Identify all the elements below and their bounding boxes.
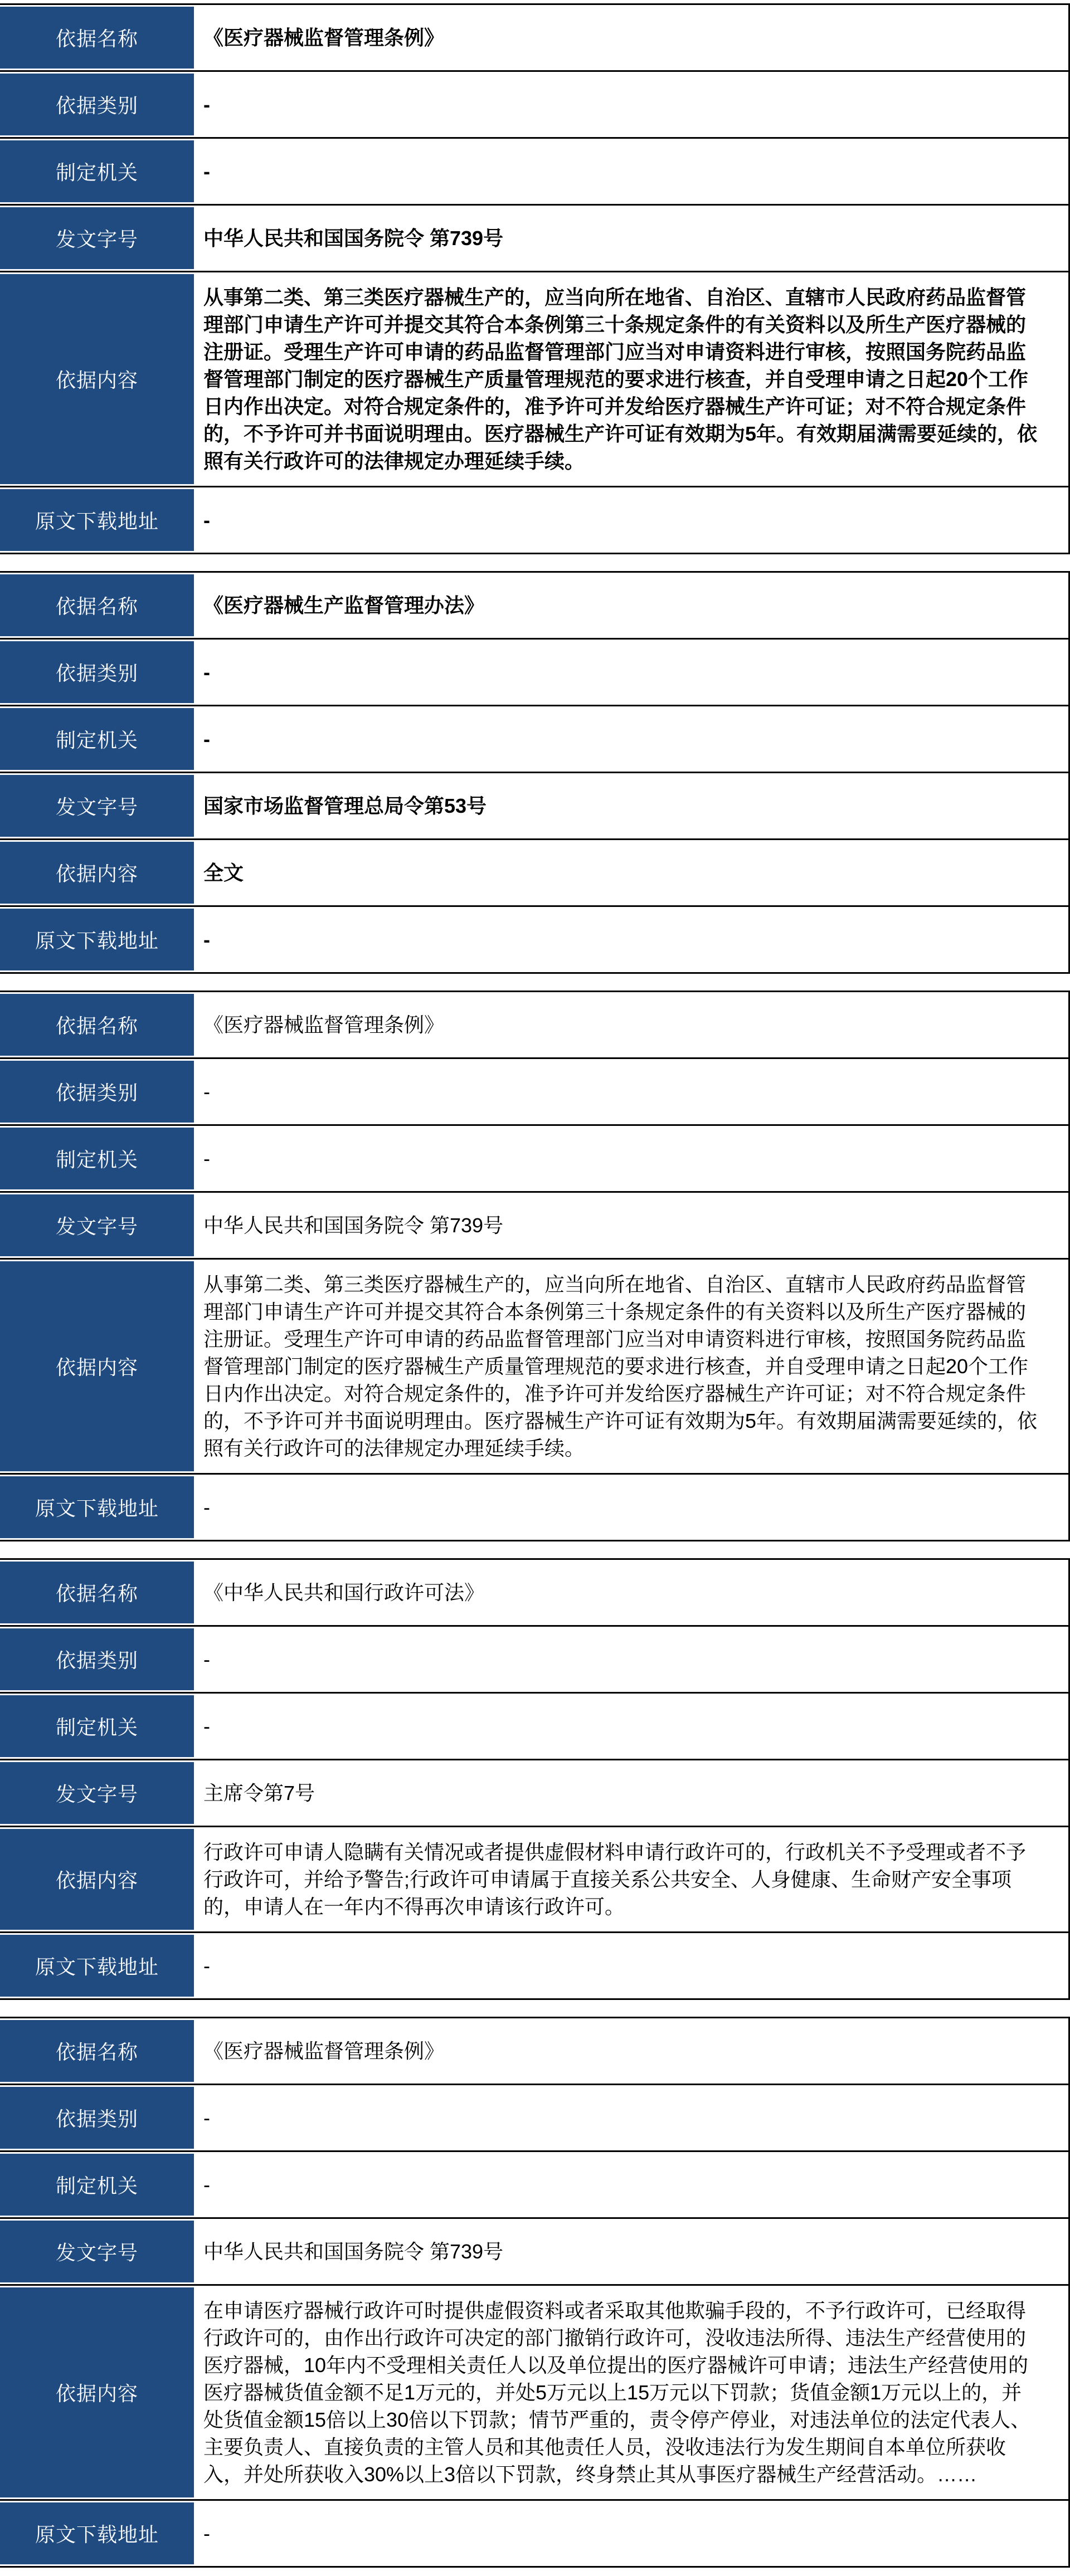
label-cell-basis-content: 依据内容 bbox=[0, 840, 194, 905]
table-row: 依据内容 从事第二类、第三类医疗器械生产的，应当向所在地省、自治区、直辖市人民政… bbox=[0, 1260, 1068, 1475]
table-row: 制定机关 - bbox=[0, 706, 1068, 773]
label-cell-basis-content: 依据内容 bbox=[0, 272, 194, 486]
value-cell-basis-category: - bbox=[194, 1059, 1068, 1124]
value-cell-download-url: - bbox=[194, 1933, 1068, 1998]
table-row: 制定机关 - bbox=[0, 2152, 1068, 2219]
label-cell-issuing-agency: 制定机关 bbox=[0, 139, 194, 204]
value-cell-issuing-agency: - bbox=[194, 139, 1068, 204]
label-cell-basis-name: 依据名称 bbox=[0, 1560, 194, 1625]
label-cell-basis-category: 依据类别 bbox=[0, 72, 194, 137]
value-cell-download-url: - bbox=[194, 907, 1068, 972]
value-cell-basis-name: 《医疗器械监督管理条例》 bbox=[194, 2018, 1068, 2084]
table-row: 依据名称 《中华人民共和国行政许可法》 bbox=[0, 1560, 1068, 1627]
value-cell-basis-name: 《医疗器械监督管理条例》 bbox=[194, 992, 1068, 1057]
value-cell-basis-name: 《医疗器械监督管理条例》 bbox=[194, 5, 1068, 70]
label-cell-download-url: 原文下载地址 bbox=[0, 907, 194, 972]
table-row: 发文字号 中华人民共和国国务院令 第739号 bbox=[0, 206, 1068, 272]
label-cell-issuing-agency: 制定机关 bbox=[0, 1694, 194, 1759]
table-row: 原文下载地址 - bbox=[0, 907, 1068, 972]
label-cell-doc-number: 发文字号 bbox=[0, 773, 194, 838]
label-cell-download-url: 原文下载地址 bbox=[0, 1933, 194, 1998]
value-cell-basis-content: 在申请医疗器械行政许可时提供虚假资料或者采取其他欺骗手段的，不予行政许可，已经取… bbox=[194, 2286, 1068, 2499]
legal-basis-table-1: 依据名称 《医疗器械监督管理条例》 依据类别 - 制定机关 - 发文字号 中华人… bbox=[0, 3, 1070, 554]
value-cell-issuing-agency: - bbox=[194, 1126, 1068, 1191]
label-cell-basis-category: 依据类别 bbox=[0, 640, 194, 705]
label-cell-basis-content: 依据内容 bbox=[0, 1260, 194, 1473]
label-cell-doc-number: 发文字号 bbox=[0, 1193, 194, 1258]
value-cell-doc-number: 中华人民共和国国务院令 第739号 bbox=[194, 2219, 1068, 2284]
value-cell-issuing-agency: - bbox=[194, 2152, 1068, 2217]
value-cell-basis-category: - bbox=[194, 640, 1068, 705]
table-row: 依据名称 《医疗器械监督管理条例》 bbox=[0, 992, 1068, 1059]
label-cell-issuing-agency: 制定机关 bbox=[0, 1126, 194, 1191]
label-cell-download-url: 原文下载地址 bbox=[0, 487, 194, 553]
table-row: 依据类别 - bbox=[0, 640, 1068, 706]
table-row: 依据类别 - bbox=[0, 72, 1068, 139]
table-row: 发文字号 国家市场监督管理总局令第53号 bbox=[0, 773, 1068, 840]
table-row: 依据名称 《医疗器械生产监督管理办法》 bbox=[0, 573, 1068, 640]
label-cell-doc-number: 发文字号 bbox=[0, 1760, 194, 1826]
value-cell-doc-number: 国家市场监督管理总局令第53号 bbox=[194, 773, 1068, 838]
label-cell-basis-content: 依据内容 bbox=[0, 1827, 194, 1931]
label-cell-doc-number: 发文字号 bbox=[0, 2219, 194, 2284]
value-cell-download-url: - bbox=[194, 487, 1068, 553]
table-row: 原文下载地址 - bbox=[0, 487, 1068, 553]
table-row: 依据名称 《医疗器械监督管理条例》 bbox=[0, 2018, 1068, 2085]
table-row: 依据类别 - bbox=[0, 1059, 1068, 1126]
value-cell-basis-name: 《医疗器械生产监督管理办法》 bbox=[194, 573, 1068, 638]
label-cell-basis-category: 依据类别 bbox=[0, 2085, 194, 2150]
legal-basis-table-3: 依据名称 《医疗器械监督管理条例》 依据类别 - 制定机关 - 发文字号 中华人… bbox=[0, 991, 1070, 1541]
value-cell-issuing-agency: - bbox=[194, 706, 1068, 772]
table-row: 制定机关 - bbox=[0, 1694, 1068, 1760]
value-cell-doc-number: 中华人民共和国国务院令 第739号 bbox=[194, 206, 1068, 271]
label-cell-basis-content: 依据内容 bbox=[0, 2286, 194, 2499]
label-cell-basis-name: 依据名称 bbox=[0, 573, 194, 638]
label-cell-basis-name: 依据名称 bbox=[0, 2018, 194, 2084]
label-cell-basis-category: 依据类别 bbox=[0, 1059, 194, 1124]
label-cell-issuing-agency: 制定机关 bbox=[0, 2152, 194, 2217]
label-cell-doc-number: 发文字号 bbox=[0, 206, 194, 271]
table-row: 制定机关 - bbox=[0, 139, 1068, 206]
value-cell-basis-category: - bbox=[194, 1627, 1068, 1692]
value-cell-basis-content: 行政许可申请人隐瞒有关情况或者提供虚假材料申请行政许可的，行政机关不予受理或者不… bbox=[194, 1827, 1068, 1931]
table-row: 原文下载地址 - bbox=[0, 1933, 1068, 1998]
value-cell-basis-name: 《中华人民共和国行政许可法》 bbox=[194, 1560, 1068, 1625]
value-cell-basis-content: 从事第二类、第三类医疗器械生产的，应当向所在地省、自治区、直辖市人民政府药品监督… bbox=[194, 1260, 1068, 1473]
value-cell-doc-number: 中华人民共和国国务院令 第739号 bbox=[194, 1193, 1068, 1258]
value-cell-basis-content: 从事第二类、第三类医疗器械生产的，应当向所在地省、自治区、直辖市人民政府药品监督… bbox=[194, 272, 1068, 486]
legal-basis-table-5: 依据名称 《医疗器械监督管理条例》 依据类别 - 制定机关 - 发文字号 中华人… bbox=[0, 2017, 1070, 2568]
table-row: 制定机关 - bbox=[0, 1126, 1068, 1193]
legal-basis-page: 依据名称 《医疗器械监督管理条例》 依据类别 - 制定机关 - 发文字号 中华人… bbox=[0, 0, 1070, 2570]
table-row: 发文字号 主席令第7号 bbox=[0, 1760, 1068, 1827]
label-cell-issuing-agency: 制定机关 bbox=[0, 706, 194, 772]
table-row: 依据内容 行政许可申请人隐瞒有关情况或者提供虚假材料申请行政许可的，行政机关不予… bbox=[0, 1827, 1068, 1933]
value-cell-doc-number: 主席令第7号 bbox=[194, 1760, 1068, 1826]
value-cell-download-url: - bbox=[194, 1475, 1068, 1540]
legal-basis-table-2: 依据名称 《医疗器械生产监督管理办法》 依据类别 - 制定机关 - 发文字号 国… bbox=[0, 571, 1070, 974]
table-row: 依据内容 从事第二类、第三类医疗器械生产的，应当向所在地省、自治区、直辖市人民政… bbox=[0, 272, 1068, 487]
table-row: 发文字号 中华人民共和国国务院令 第739号 bbox=[0, 1193, 1068, 1260]
table-row: 依据名称 《医疗器械监督管理条例》 bbox=[0, 5, 1068, 72]
label-cell-basis-name: 依据名称 bbox=[0, 5, 194, 70]
table-row: 依据类别 - bbox=[0, 2085, 1068, 2152]
table-row: 原文下载地址 - bbox=[0, 1475, 1068, 1540]
label-cell-download-url: 原文下载地址 bbox=[0, 2501, 194, 2566]
label-cell-download-url: 原文下载地址 bbox=[0, 1475, 194, 1540]
table-row: 发文字号 中华人民共和国国务院令 第739号 bbox=[0, 2219, 1068, 2286]
table-row: 原文下载地址 - bbox=[0, 2501, 1068, 2566]
table-row: 依据内容 在申请医疗器械行政许可时提供虚假资料或者采取其他欺骗手段的，不予行政许… bbox=[0, 2286, 1068, 2501]
legal-basis-table-4: 依据名称 《中华人民共和国行政许可法》 依据类别 - 制定机关 - 发文字号 主… bbox=[0, 1558, 1070, 2000]
table-row: 依据类别 - bbox=[0, 1627, 1068, 1694]
table-row: 依据内容 全文 bbox=[0, 840, 1068, 907]
value-cell-basis-category: - bbox=[194, 2085, 1068, 2150]
label-cell-basis-category: 依据类别 bbox=[0, 1627, 194, 1692]
value-cell-download-url: - bbox=[194, 2501, 1068, 2566]
label-cell-basis-name: 依据名称 bbox=[0, 992, 194, 1057]
value-cell-issuing-agency: - bbox=[194, 1694, 1068, 1759]
value-cell-basis-category: - bbox=[194, 72, 1068, 137]
value-cell-basis-content: 全文 bbox=[194, 840, 1068, 905]
